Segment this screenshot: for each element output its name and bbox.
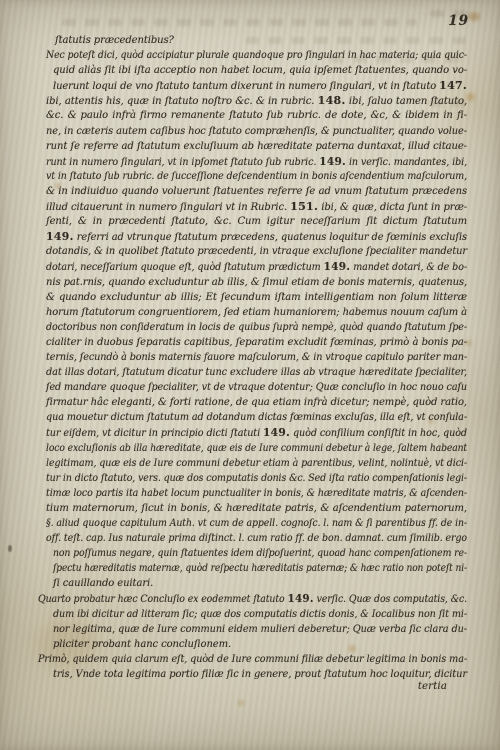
text-line: tium maternorum, ſicut in bonis, & hæred…: [38, 501, 467, 516]
text-block: ſtatutis præcedentibus?Nec poteſt dici, …: [38, 33, 467, 682]
text-line: tris, Vnde tota legitima portio filiæ ſi…: [38, 667, 467, 682]
text-line: runt in numero ſingulari, vt in ipſomet …: [38, 154, 467, 169]
text-line: Primò, quidem quia clarum eſt, quòd de I…: [38, 652, 467, 667]
text-line: ſi cauillando euitari.: [38, 576, 467, 591]
text-line: timæ loco partis ita habet locum punctua…: [38, 486, 467, 501]
text-line: illud citauerunt in numero ſingulari vt …: [38, 199, 467, 214]
ink-mark: [8, 545, 12, 552]
stain: [466, 93, 475, 101]
text-line: ternis, ſecundò à bonis maternis fauore …: [38, 350, 467, 365]
text-line: ſenti, & in præcedenti ſtatuto, &c. Cum …: [38, 214, 467, 229]
text-line: ibi, attentis his, quæ in ſtatuto noſtro…: [38, 93, 467, 108]
catchword: tertia: [38, 681, 447, 692]
text-line: Nec poteſt dici, quòd accipiatur plurale…: [38, 48, 467, 63]
text-line: off. teſt. cap. Ius naturale prima diſti…: [38, 531, 467, 546]
text-line: & in indiuiduo quando voluerunt ſtatuent…: [38, 184, 467, 199]
stain: [468, 12, 480, 21]
text-line: cialiter in duobus ſeparatis capitibus, …: [38, 335, 467, 350]
text-line: vt in ſtatuto ſub rubric. de ſucceſſione…: [38, 169, 467, 184]
text-line: dum ibi dicitur ad litteram ſic; quæ dos…: [38, 607, 467, 622]
text-line: nor legitima, quæ de Iure communi eidem …: [38, 622, 467, 637]
text-line: ſed mandare quoque ſpecialiter, vt de vt…: [38, 380, 467, 395]
stain: [238, 700, 244, 706]
text-line: ſtatutis præcedentibus?: [38, 33, 467, 48]
text-line: quid aliàs ſit ibi iſta acceptio non hab…: [38, 63, 467, 78]
text-line: Quarto probatur hæc Concluſio ex eodemme…: [38, 591, 467, 606]
book-page: 19 ſtatutis præcedentibus?Nec poteſt dic…: [0, 0, 500, 750]
text-line: firmatur hâc eleganti, & forti ratione, …: [38, 395, 467, 410]
text-line: 149. referri ad vtrunque ſtatutum præced…: [38, 229, 467, 244]
text-line: dotandis, & in quolibet ſtatuto præceden…: [38, 244, 467, 259]
text-line: loco excluſionis ab illa hæreditate, quæ…: [38, 441, 467, 456]
text-line: ſpectu hæreditatis maternæ, quòd reſpect…: [38, 561, 467, 576]
text-line: &c. & paulo infrà firmo remanente ſtatut…: [38, 108, 467, 123]
text-line: qua mouetur dictum ſtatutum ad dotandum …: [38, 410, 467, 425]
text-line: runt ſe referre ad ſtatutum excluſiuum a…: [38, 139, 467, 154]
text-line: ne, in cæteris autem caſibus hoc ſtatuto…: [38, 124, 467, 139]
text-line: §. aliud quoque capitulum Auth. vt cum d…: [38, 516, 467, 531]
text-line: tur in dicto ſtatuto, vers. quæ dos comp…: [38, 471, 467, 486]
text-line: doctoribus non conſideratum in locis de …: [38, 320, 467, 335]
text-line: nis pat.rnis, quando excluduntur ab illi…: [38, 275, 467, 290]
text-line: luerunt loqui de vno ſtatuto tantum dixe…: [38, 78, 467, 93]
text-line: dat illas dotari, ſtatutum dicatur tunc …: [38, 365, 467, 380]
bleed-through-text: [62, 19, 417, 26]
text-line: tur eiſdem, vt dicitur in principio dict…: [38, 425, 467, 440]
page-number: 19: [448, 13, 469, 29]
text-line: & quando excluduntur ab illis; Et ſecund…: [38, 290, 467, 305]
text-line: non poſſumus negare, quin ſtatuentes ide…: [38, 546, 467, 561]
text-line: horum ſtatutorum congruentiorem, ſed eti…: [38, 305, 467, 320]
text-line: dotari, neceſſarium quoque eſt, quòd ſta…: [38, 259, 467, 274]
text-line: legitimam, quæ eis de Iure communi debet…: [38, 456, 467, 471]
text-line: pliciter probant hanc concluſionem.: [38, 637, 467, 652]
